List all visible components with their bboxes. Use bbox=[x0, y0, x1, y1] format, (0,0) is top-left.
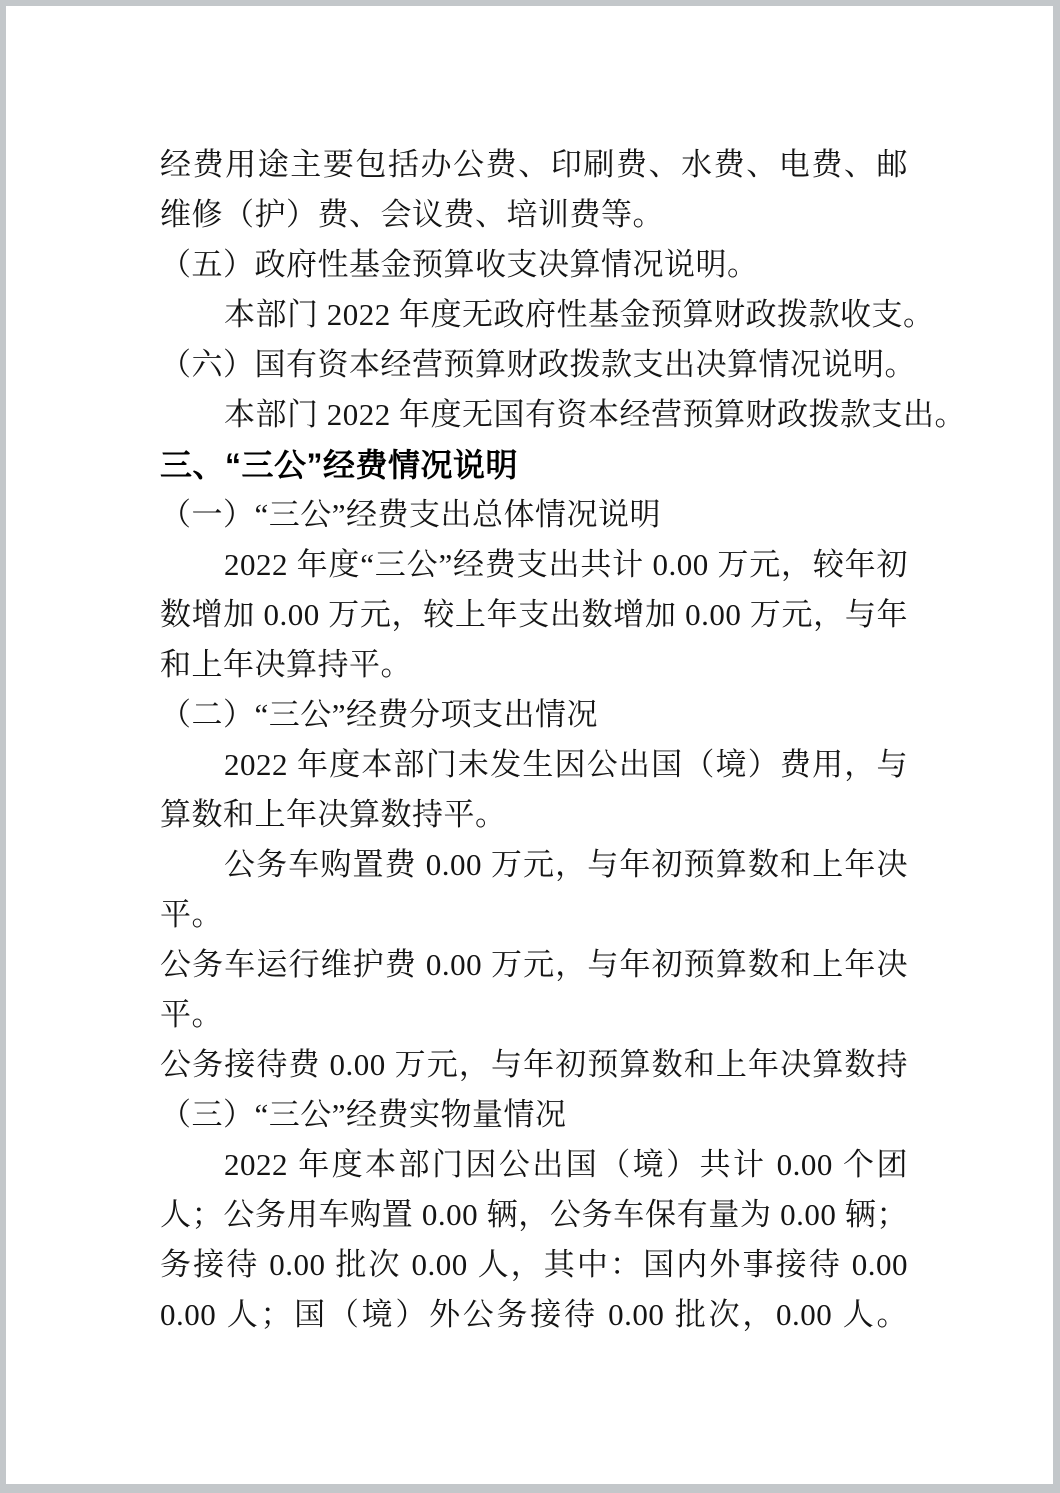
document-content: 经费用途主要包括办公费、印刷费、水费、电费、邮电费、维修（护）费、会议费、培训费… bbox=[160, 140, 908, 1340]
text-line: 数增加 0.00 万元，较上年支出数增加 0.00 万元，与年初预算 bbox=[160, 590, 908, 640]
text-line: （五）政府性基金预算收支决算情况说明。 bbox=[160, 240, 908, 290]
document-page: 经费用途主要包括办公费、印刷费、水费、电费、邮电费、维修（护）费、会议费、培训费… bbox=[6, 6, 1053, 1484]
text-line: 经费用途主要包括办公费、印刷费、水费、电费、邮电费、 bbox=[160, 140, 908, 190]
text-line: （六）国有资本经营预算财政拨款支出决算情况说明。 bbox=[160, 340, 908, 390]
text-line: 本部门 2022 年度无国有资本经营预算财政拨款支出。 bbox=[160, 390, 908, 440]
text-line: 2022 年度“三公”经费支出共计 0.00 万元，较年初预算 bbox=[160, 540, 908, 590]
text-line: 务接待 0.00 批次 0.00 人，其中：国内外事接待 0.00 批次， bbox=[160, 1240, 908, 1290]
text-line: 算数和上年决算数持平。 bbox=[160, 790, 908, 840]
text-line: 2022 年度本部门因公出国（境）共计 0.00 个团组，0.00 bbox=[160, 1140, 908, 1190]
text-line: 维修（护）费、会议费、培训费等。 bbox=[160, 190, 908, 240]
text-line: （一）“三公”经费支出总体情况说明 bbox=[160, 490, 908, 540]
section-heading: 三、“三公”经费情况说明 bbox=[160, 440, 908, 490]
document-viewport: { "page": { "background_color": "#ffffff… bbox=[0, 0, 1060, 1493]
text-line: （二）“三公”经费分项支出情况 bbox=[160, 690, 908, 740]
text-line: 公务车购置费 0.00 万元，与年初预算数和上年决算数持 bbox=[160, 840, 908, 890]
text-line: （三）“三公”经费实物量情况 bbox=[160, 1090, 908, 1140]
text-line: 和上年决算持平。 bbox=[160, 640, 908, 690]
text-line: 公务接待费 0.00 万元，与年初预算数和上年决算数持平。 bbox=[160, 1040, 908, 1090]
text-line: 人；公务用车购置 0.00 辆，公务车保有量为 0.00 辆；国内公 bbox=[160, 1190, 908, 1240]
text-line: 本部门 2022 年度无政府性基金预算财政拨款收支。 bbox=[160, 290, 908, 340]
text-line: 平。 bbox=[160, 990, 908, 1040]
text-line: 公务车运行维护费 0.00 万元，与年初预算数和上年决算数持 bbox=[160, 940, 908, 990]
text-line: 0.00 人；国（境）外公务接待 0.00 批次，0.00 人。2022 年本 bbox=[160, 1290, 908, 1340]
text-line: 2022 年度本部门未发生因公出国（境）费用，与年初预 bbox=[160, 740, 908, 790]
text-line: 平。 bbox=[160, 890, 908, 940]
